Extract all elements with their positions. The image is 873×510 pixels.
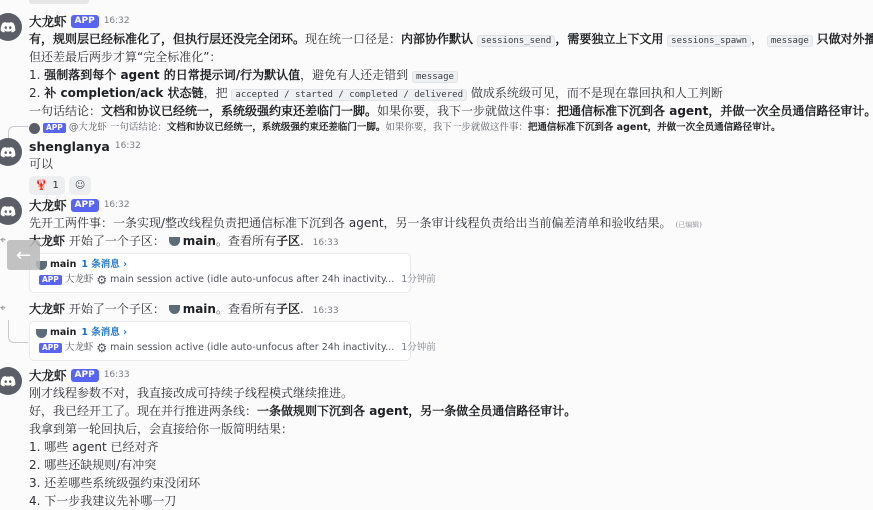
reply-text: 一句话结论：	[110, 121, 167, 135]
thread-author: 大龙虾	[65, 340, 94, 356]
text: 开始了一个子区：	[69, 302, 165, 316]
thread-emoji-icon	[169, 237, 180, 246]
app-badge: APP	[71, 199, 99, 212]
view-all-threads-link[interactable]: 子区	[276, 302, 300, 316]
avatar[interactable]	[0, 138, 22, 166]
thread-card[interactable]: main 1 条消息 › APP 大龙虾 ⚙ main session acti…	[29, 253, 411, 293]
message-line: 好，我已经开工了。现在并行推进两条线：一条做规则下沉到各 agent，另一条做全…	[29, 402, 873, 420]
thread-name-link[interactable]: main	[183, 302, 216, 316]
reaction-lobster[interactable]: 🦞 1	[29, 176, 65, 195]
list-item: 4. 下一步我建议先补哪一刀	[29, 492, 873, 510]
gear-icon: ⚙	[96, 272, 107, 288]
thread-message-count-link[interactable]: 1 条消息 ›	[81, 325, 127, 340]
message-text: 先开工两件事：一条实现/整改线程负责把通信标准下沉到各 agent，另一条审计线…	[29, 214, 873, 232]
avatar[interactable]	[0, 13, 22, 41]
avatar[interactable]	[0, 197, 22, 225]
text: 一句话结论：	[29, 104, 101, 118]
gear-icon: ⚙	[96, 340, 107, 356]
text: 现在统一口径是：	[305, 32, 401, 46]
list-item: 2. 哪些还缺规则/有冲突	[29, 456, 873, 474]
username[interactable]: 大龙虾	[29, 197, 67, 214]
inline-code: sessions_spawn	[667, 35, 751, 47]
text: .	[300, 234, 304, 248]
discord-logo-icon	[0, 18, 17, 36]
edited-label: (已编辑)	[676, 221, 702, 229]
relative-time: 1分钟前	[401, 272, 436, 288]
reaction-count: 1	[52, 180, 58, 191]
app-badge: APP	[71, 15, 99, 28]
list-number: 1.	[29, 68, 40, 82]
thread-name: main	[50, 325, 76, 340]
list-item: 2. 补 completion/ack 状态链，把 accepted / sta…	[29, 84, 873, 102]
thread-connector	[8, 320, 28, 343]
text-bold: ，需要独立上下文用	[555, 32, 663, 46]
list-item: 3. 还差哪些系统级强约束没闭环	[29, 474, 873, 492]
text-bold: 内部协作默认	[401, 32, 473, 46]
timestamp: 16:32	[104, 197, 130, 214]
app-badge: APP	[39, 275, 62, 285]
discord-logo-icon	[0, 372, 17, 390]
message-line: 刚才线程参数不对，我直接改成可持续子线程模式继续推进。	[29, 384, 873, 402]
username[interactable]: 大龙虾	[29, 367, 67, 384]
text: ，把	[204, 86, 228, 100]
smiley-icon: ☺	[75, 180, 85, 191]
lobster-emoji-icon: 🦞	[35, 180, 47, 191]
thread-emoji-icon	[169, 305, 180, 314]
reply-text-bold: 文档和协议已经统一，系统级强约束还差临门一脚。	[167, 121, 386, 135]
text: 如果你要，我下一步就做这件事：	[377, 104, 557, 118]
reply-connector	[8, 126, 28, 138]
view-all-threads-link[interactable]: 子区	[276, 234, 300, 248]
list-number: 2.	[29, 86, 40, 100]
message-line: 一句话结论：文档和协议已经统一，系统级强约束还差临门一脚。如果你要，我下一步就做…	[29, 102, 873, 120]
message-text: 可以	[29, 155, 873, 173]
discord-logo-icon	[0, 143, 17, 161]
avatar[interactable]	[0, 367, 22, 395]
message-line: 我拿到第一轮回执后，会直接给你一版简明结果：	[29, 420, 873, 438]
text-bold: 文档和协议已经统一，系统级强约束还差临门一脚。	[101, 104, 377, 118]
text-bold: 有，规则层已经标准化了，但执行层还没完全闭环。	[29, 32, 305, 46]
thread-card[interactable]: main 1 条消息 › APP 大龙虾 ⚙ main session acti…	[29, 321, 411, 361]
timestamp: 16:33	[104, 367, 130, 384]
text: 好，我已经开工了。现在并行推进两条线：	[29, 404, 257, 418]
timestamp: 16:33	[313, 238, 339, 248]
thread-message-count-link[interactable]: 1 条消息 ›	[81, 257, 127, 272]
previous-content-edge	[29, 0, 89, 4]
text-bold: 一条做规则下沉到各 agent，另一条做全员通信路径审计。	[257, 404, 576, 418]
arrow-left-icon: ←	[16, 245, 31, 266]
app-badge: APP	[39, 343, 62, 353]
username[interactable]: shenglanya	[29, 138, 110, 155]
timestamp: 16:32	[104, 13, 130, 30]
thread-name: main	[50, 257, 76, 272]
username[interactable]: 大龙虾	[29, 13, 67, 30]
timestamp: 16:33	[313, 306, 339, 316]
thread-preview: main session active (idle auto-unfocus a…	[110, 272, 394, 288]
inline-code: message	[412, 71, 458, 83]
system-message: 大龙虾 开始了一个子区： main。查看所有子区. 16:33	[29, 233, 339, 250]
inline-code: accepted / started / completed / deliver…	[231, 89, 467, 101]
thread-author: 大龙虾	[65, 272, 94, 288]
inline-code: message	[767, 35, 813, 47]
system-message: 大龙虾 开始了一个子区： main。查看所有子区. 16:33	[29, 301, 339, 318]
text: ，避免有人还走错到	[300, 68, 408, 82]
text: ，	[751, 32, 763, 46]
app-badge: APP	[43, 123, 66, 133]
reply-preview[interactable]: APP @大龙虾 一句话结论：文档和协议已经统一，系统级强约束还差临门一脚。如果…	[29, 121, 781, 135]
text: .	[300, 302, 304, 316]
thread-icon: ⌖	[0, 303, 12, 315]
text: 。查看所有	[216, 302, 276, 316]
inline-code: sessions_send	[477, 35, 555, 47]
text: 先开工两件事：一条实现/整改线程负责把通信标准下沉到各 agent，另一条审计线…	[29, 216, 672, 230]
message-line: 有，规则层已经标准化了，但执行层还没完全闭环。现在统一口径是：内部协作默认 se…	[29, 30, 873, 48]
list-item: 1. 强制落到每个 agent 的日常提示词/行为默认值，避免有人还走错到 me…	[29, 66, 873, 84]
text: 。查看所有	[216, 234, 276, 248]
list-item: 1. 哪些 agent 已经对齐	[29, 438, 873, 456]
app-badge: APP	[71, 369, 99, 382]
back-button[interactable]: ←	[7, 240, 40, 270]
username[interactable]: 大龙虾	[29, 302, 65, 316]
add-reaction-button[interactable]: ☺	[69, 176, 91, 195]
timestamp: 16:32	[115, 138, 141, 155]
discord-logo-icon	[0, 202, 17, 220]
reactions: 🦞 1 ☺	[29, 176, 873, 195]
thread-emoji-icon	[36, 329, 47, 338]
reply-text: 如果你要，我下一步就做这件事：	[385, 121, 528, 135]
chat-message-list: 大龙虾 APP 16:32 有，规则层已经标准化了，但执行层还没完全闭环。现在统…	[0, 0, 873, 510]
text-bold: 补 completion/ack 状态链	[44, 86, 203, 100]
text-bold: 强制落到每个 agent 的日常提示词/行为默认值	[44, 68, 300, 82]
text: 做成系统级可见，而不是现在靠回执和人工判断	[471, 86, 723, 100]
reply-mention[interactable]: @大龙虾	[69, 121, 107, 135]
text-bold: 只做对外播报	[817, 32, 873, 46]
message-line: 但还差最后两步才算“完全标准化”：	[29, 48, 873, 66]
text: 开始了一个子区：	[69, 234, 165, 248]
relative-time: 1分钟前	[401, 340, 436, 356]
reply-text-bold: 把通信标准下沉到各 agent，并做一次全员通信路径审计。	[528, 121, 781, 135]
text-bold: 把通信标准下沉到各 agent，并做一次全员通信路径审计。	[557, 104, 873, 118]
reply-avatar	[29, 123, 40, 134]
thread-preview: main session active (idle auto-unfocus a…	[110, 340, 394, 356]
thread-name-link[interactable]: main	[183, 234, 216, 248]
